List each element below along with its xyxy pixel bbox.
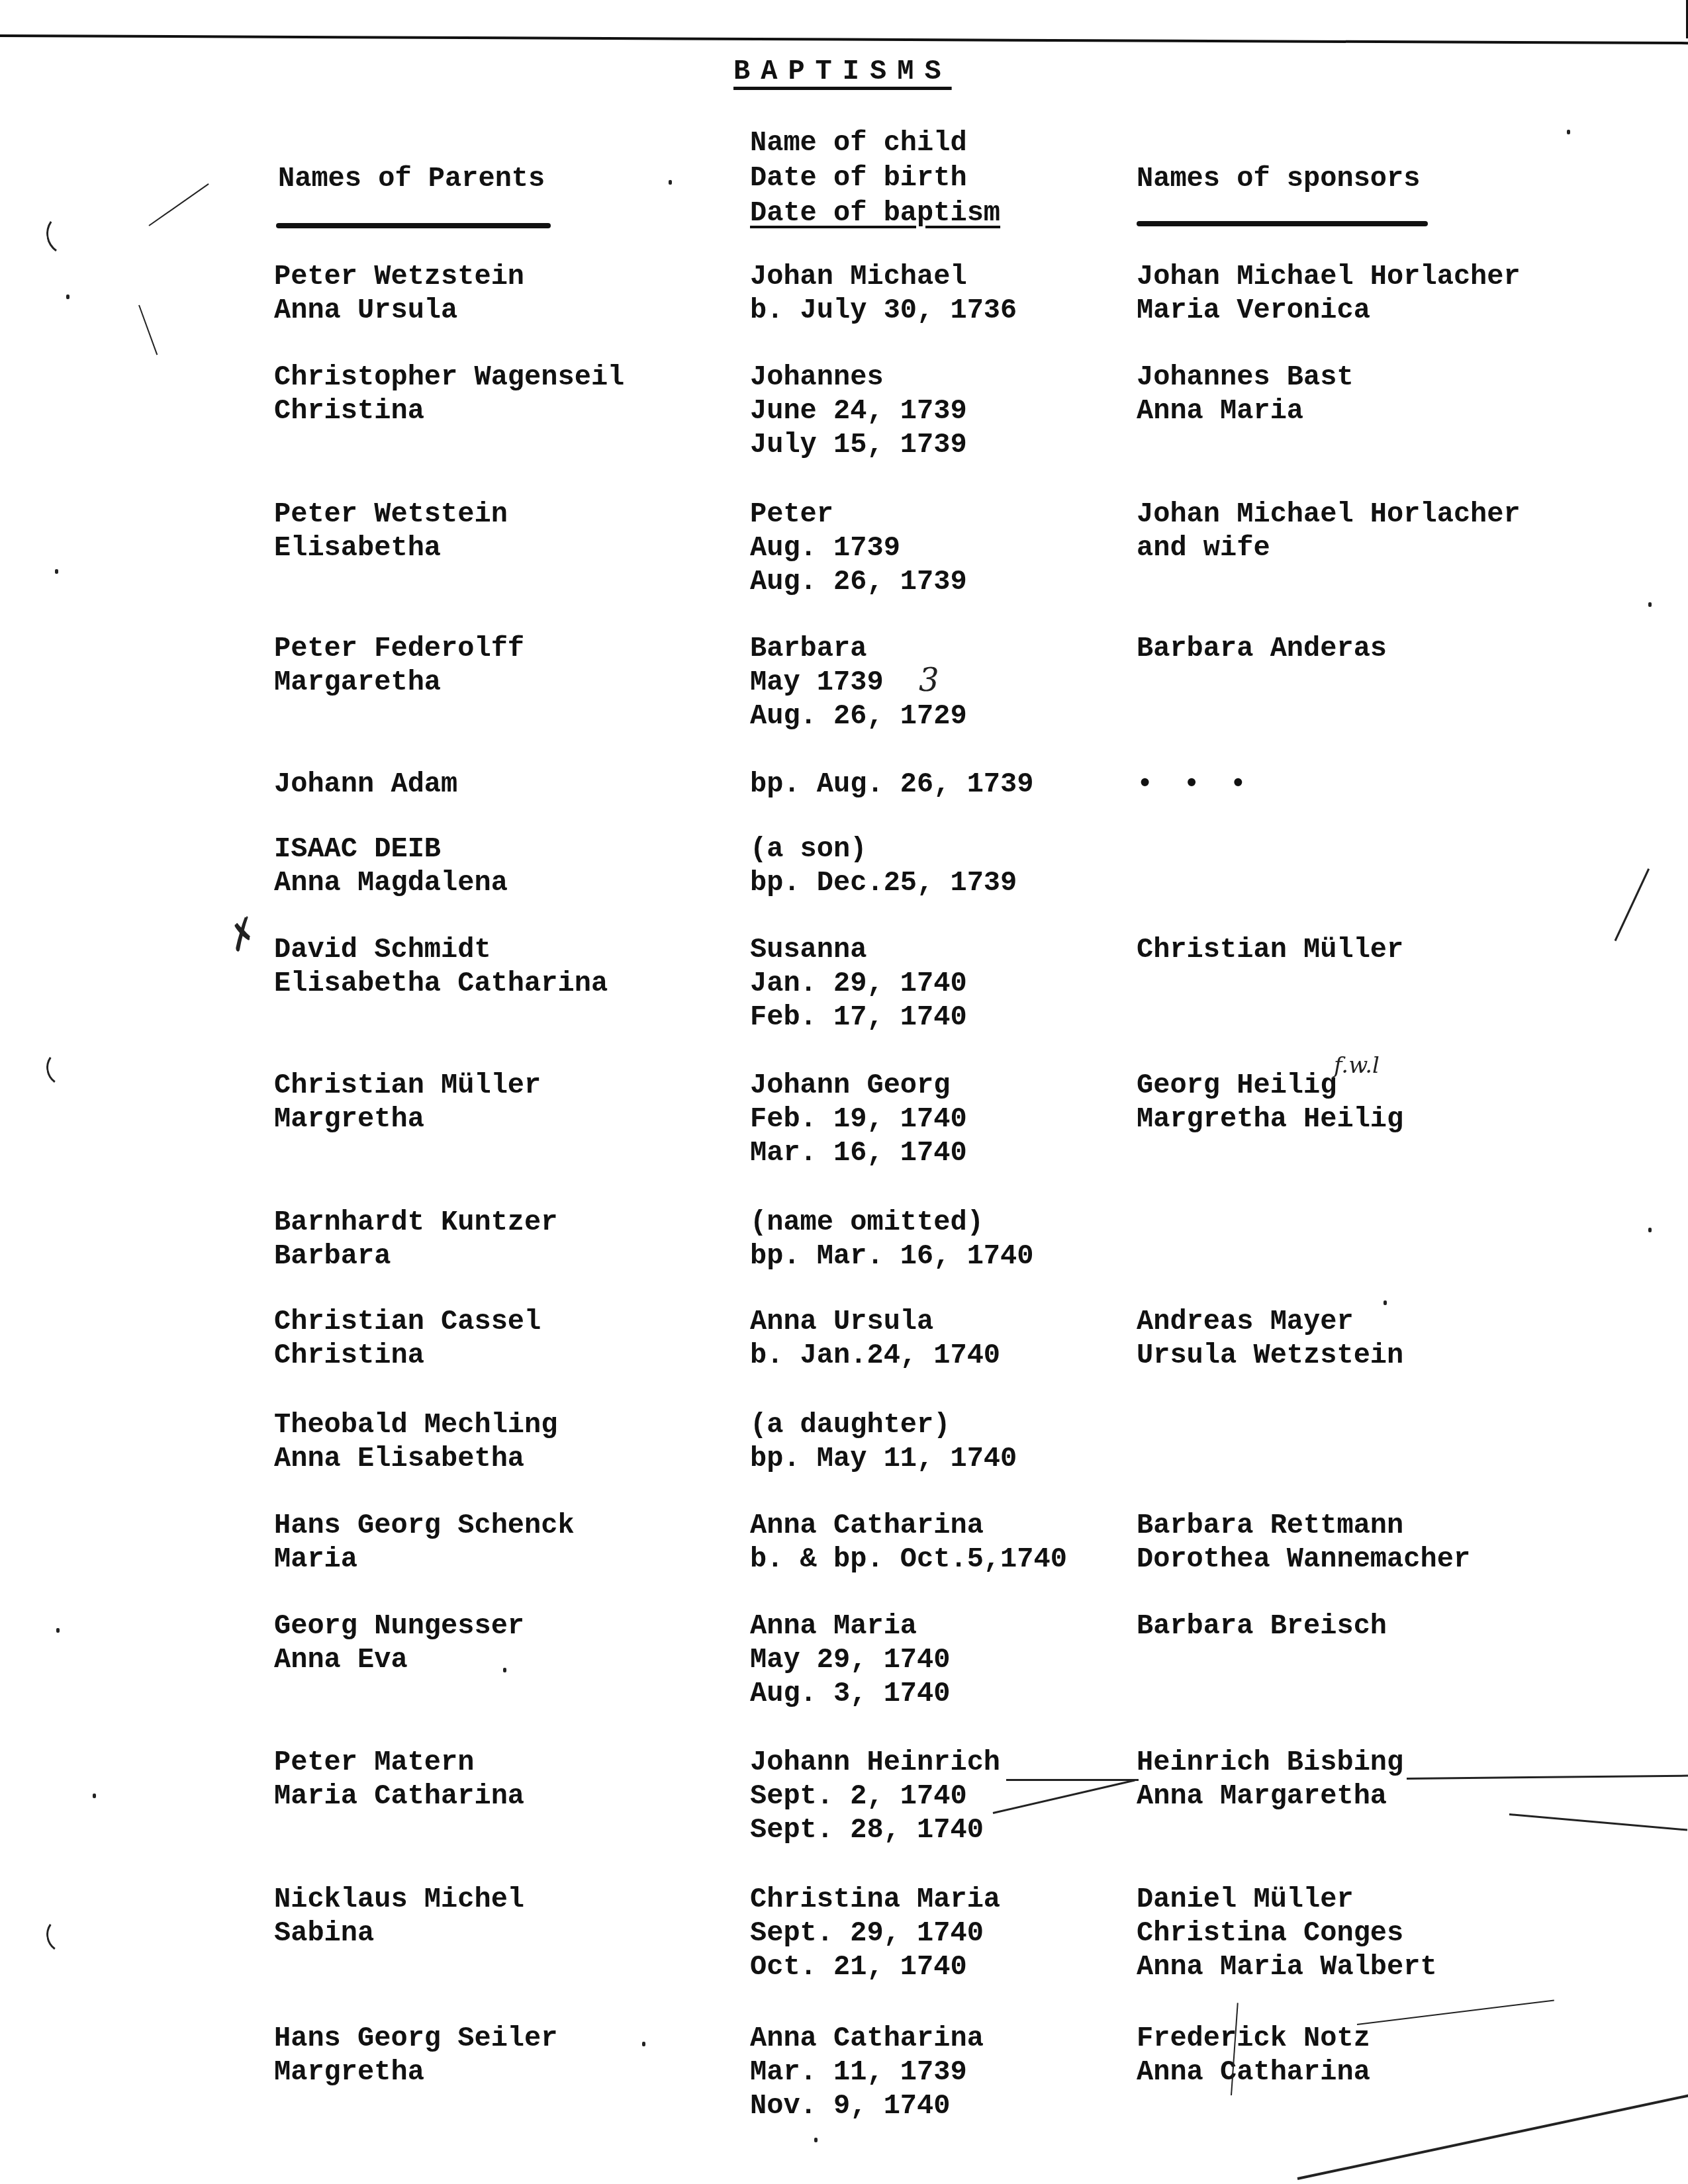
handwritten-correction-mark: 3: [919, 662, 939, 699]
parents-cell: Peter WetzsteinAnna Ursula: [274, 260, 524, 328]
sponsors-cell-line: Anna Maria Walbert: [1137, 1950, 1437, 1984]
child-cell-line: (a son): [750, 833, 1017, 866]
sponsors-cell: Johan Michael Horlacherand wife: [1137, 498, 1521, 565]
parents-cell-line: David Schmidt: [274, 933, 608, 967]
parents-cell: Peter MaternMaria Catharina: [274, 1746, 524, 1813]
child-cell-line: b. July 30, 1736: [750, 294, 1017, 328]
ink-speck: [503, 1668, 506, 1672]
sponsors-cell-line: Ursula Wetzstein: [1137, 1339, 1403, 1373]
sponsors-cell: • • •: [1137, 768, 1253, 801]
parents-cell-line: Christian Cassel: [274, 1305, 541, 1339]
parents-cell: David SchmidtElisabetha Catharina: [274, 933, 608, 1001]
ink-speck: [642, 2042, 645, 2046]
page-title: BAPTISMS: [733, 56, 952, 87]
child-cell-line: Sept. 29, 1740: [750, 1917, 1000, 1950]
child-cell-line: Mar. 16, 1740: [750, 1136, 967, 1170]
parents-cell-line: Anna Eva: [274, 1643, 524, 1677]
parents-cell: Christopher WagenseilChristina: [274, 361, 624, 428]
child-cell: (name omitted)bp. Mar. 16, 1740: [750, 1206, 1033, 1273]
sponsors-cell-line: Dorothea Wannemacher: [1137, 1543, 1470, 1576]
margin-cross-mark: ✗: [216, 911, 263, 962]
column-header-child: Name of child Date of birth Date of bapt…: [750, 126, 1000, 231]
child-cell-line: (a daughter): [750, 1408, 1017, 1442]
scan-artifact: [44, 1046, 87, 1089]
parents-cell-line: Maria Catharina: [274, 1780, 524, 1813]
child-cell-line: July 15, 1739: [750, 428, 967, 462]
child-cell-line: Johannes: [750, 361, 967, 394]
sponsors-cell-line: Daniel Müller: [1137, 1883, 1437, 1917]
sponsors-cell: Daniel MüllerChristina CongesAnna Maria …: [1137, 1883, 1437, 1984]
ink-speck: [66, 295, 70, 299]
child-cell-line: Aug. 26, 1729: [750, 700, 967, 733]
parents-cell-line: Peter Wetzstein: [274, 260, 524, 294]
child-cell: (a son)bp. Dec.25, 1739: [750, 833, 1017, 900]
header-rule-parents: [276, 223, 551, 228]
child-cell-line: Johann Heinrich: [750, 1746, 1000, 1780]
parents-cell-line: Margretha: [274, 1103, 541, 1136]
column-header-sponsors: Names of sponsors: [1137, 161, 1420, 197]
parents-cell-line: Barnhardt Kuntzer: [274, 1206, 557, 1240]
child-cell-line: June 24, 1739: [750, 394, 967, 428]
header-line-name-of-child: Name of child: [750, 126, 1000, 161]
sponsors-cell: Barbara RettmannDorothea Wannemacher: [1137, 1509, 1470, 1576]
parents-cell: Hans Georg SchenckMaria: [274, 1509, 575, 1576]
child-cell-line: Peter: [750, 498, 967, 531]
parents-cell: Christian CasselChristina: [274, 1305, 541, 1373]
sponsors-cell-line: Anna Maria: [1137, 394, 1354, 428]
child-cell-line: bp. Aug. 26, 1739: [750, 768, 1033, 801]
child-cell: Anna CatharinaMar. 11, 1739Nov. 9, 1740: [750, 2022, 984, 2123]
sponsors-cell-line: and wife: [1137, 531, 1521, 565]
sponsors-cell-line: Johan Michael Horlacher: [1137, 260, 1521, 294]
parents-cell-line: Georg Nungesser: [274, 1610, 524, 1643]
parents-cell-line: Peter Matern: [274, 1746, 524, 1780]
parents-cell-line: Barbara: [274, 1240, 557, 1273]
parents-cell: Georg NungesserAnna Eva: [274, 1610, 524, 1677]
child-cell-line: Mar. 11, 1739: [750, 2056, 984, 2089]
sponsors-cell-line: Johan Michael Horlacher: [1137, 498, 1521, 531]
connector-stroke: [1006, 1779, 1139, 1781]
parents-cell-line: Christopher Wagenseil: [274, 361, 624, 394]
sponsors-cell: Christian Müller: [1137, 933, 1403, 967]
child-cell-line: b. & bp. Oct.5,1740: [750, 1543, 1067, 1576]
child-cell-line: Anna Maria: [750, 1610, 950, 1643]
parents-cell-line: Peter Wetstein: [274, 498, 508, 531]
header-line-date-of-birth: Date of birth: [750, 161, 1000, 196]
child-cell-line: Feb. 19, 1740: [750, 1103, 967, 1136]
child-cell: Anna Catharinab. & bp. Oct.5,1740: [750, 1509, 1067, 1576]
child-cell-line: Anna Ursula: [750, 1305, 1000, 1339]
parents-cell: Hans Georg SeilerMargretha: [274, 2022, 557, 2089]
ink-speck: [669, 180, 672, 185]
sponsors-cell-line: Johannes Bast: [1137, 361, 1354, 394]
parents-cell-line: Peter Federolff: [274, 632, 524, 666]
child-cell: Anna MariaMay 29, 1740Aug. 3, 1740: [750, 1610, 950, 1711]
pen-stroke: [1357, 1999, 1554, 2025]
parents-cell-line: Anna Elisabetha: [274, 1442, 557, 1476]
sponsors-cell-line: Barbara Anderas: [1137, 632, 1387, 666]
parents-cell-line: Nicklaus Michel: [274, 1883, 524, 1917]
sponsors-cell: Barbara Anderas: [1137, 632, 1387, 666]
parents-cell-line: Elisabetha: [274, 531, 508, 565]
pen-stroke: [1509, 1813, 1687, 1831]
parents-cell: Peter WetsteinElisabetha: [274, 498, 508, 565]
child-cell-line: Feb. 17, 1740: [750, 1001, 967, 1034]
parents-cell-line: Sabina: [274, 1917, 524, 1950]
ink-speck: [1648, 602, 1652, 607]
sponsors-cell-line: Maria Veronica: [1137, 294, 1521, 328]
sponsors-cell: Johannes BastAnna Maria: [1137, 361, 1354, 428]
parents-cell-line: Hans Georg Seiler: [274, 2022, 557, 2056]
pen-stroke: [1615, 868, 1650, 941]
sponsors-cell-line: Frederick Notz: [1137, 2022, 1370, 2056]
sponsors-cell: Georg HeiligMargretha Heilig: [1137, 1069, 1403, 1136]
scan-artifact: [148, 183, 209, 226]
child-cell-line: Aug. 1739: [750, 531, 967, 565]
sponsors-cell-line: Margretha Heilig: [1137, 1103, 1403, 1136]
parents-cell-line: Maria: [274, 1543, 575, 1576]
sponsors-cell-line: Anna Catharina: [1137, 2056, 1370, 2089]
sponsors-cell-line: Anna Margaretha: [1137, 1780, 1403, 1813]
child-cell-line: bp. Mar. 16, 1740: [750, 1240, 1033, 1273]
child-cell-line: Susanna: [750, 933, 967, 967]
child-cell-line: bp. May 11, 1740: [750, 1442, 1017, 1476]
sponsors-cell: Andreas MayerUrsula Wetzstein: [1137, 1305, 1403, 1373]
parents-cell-line: Anna Magdalena: [274, 866, 508, 900]
child-cell-line: Jan. 29, 1740: [750, 967, 967, 1001]
parents-cell: Barnhardt KuntzerBarbara: [274, 1206, 557, 1273]
header-rule-sponsors: [1137, 221, 1428, 226]
parents-cell-line: Elisabetha Catharina: [274, 967, 608, 1001]
parents-cell-line: Hans Georg Schenck: [274, 1509, 575, 1543]
parents-cell-line: Christina: [274, 1339, 541, 1373]
sponsors-cell-line: • • •: [1137, 768, 1253, 801]
parents-cell: Christian MüllerMargretha: [274, 1069, 541, 1136]
child-cell-line: Nov. 9, 1740: [750, 2089, 984, 2123]
child-cell-line: Sept. 2, 1740: [750, 1780, 1000, 1813]
child-cell-line: Anna Catharina: [750, 1509, 1067, 1543]
child-cell-line: bp. Dec.25, 1739: [750, 866, 1017, 900]
child-cell: Johann GeorgFeb. 19, 1740Mar. 16, 1740: [750, 1069, 967, 1170]
child-cell-line: Aug. 26, 1739: [750, 565, 967, 599]
parents-cell-line: Margaretha: [274, 666, 524, 700]
ink-speck: [1648, 1228, 1652, 1232]
parents-cell-line: ISAAC DEIB: [274, 833, 508, 866]
page-top-border: [0, 34, 1688, 44]
parents-cell: Peter FederolffMargaretha: [274, 632, 524, 700]
scan-artifact: [44, 1913, 87, 1956]
parents-cell: Nicklaus MichelSabina: [274, 1883, 524, 1950]
connector-stroke: [993, 1780, 1135, 1814]
scan-artifact: [138, 305, 158, 355]
child-cell: JohannesJune 24, 1739July 15, 1739: [750, 361, 967, 462]
child-cell: (a daughter)bp. May 11, 1740: [750, 1408, 1017, 1476]
child-cell-line: Oct. 21, 1740: [750, 1950, 1000, 1984]
child-cell: Johann HeinrichSept. 2, 1740Sept. 28, 17…: [750, 1746, 1000, 1847]
scan-artifact: [43, 208, 93, 259]
sponsors-cell-line: Barbara Breisch: [1137, 1610, 1387, 1643]
header-line-date-of-baptism: Date of baptism: [750, 196, 1000, 231]
child-cell-line: May 29, 1740: [750, 1643, 950, 1677]
sponsors-cell-line: Christian Müller: [1137, 933, 1403, 967]
sponsors-cell: Barbara Breisch: [1137, 1610, 1387, 1643]
child-cell-line: Sept. 28, 1740: [750, 1813, 1000, 1847]
handwritten-note: f.w.l: [1334, 1052, 1380, 1079]
sponsors-cell-line: Barbara Rettmann: [1137, 1509, 1470, 1543]
ink-speck: [1383, 1300, 1387, 1305]
child-cell: PeterAug. 1739Aug. 26, 1739: [750, 498, 967, 599]
sponsors-cell-line: Christina Conges: [1137, 1917, 1437, 1950]
column-header-parents: Names of Parents: [278, 161, 545, 197]
child-cell-line: Christina Maria: [750, 1883, 1000, 1917]
ink-speck: [93, 1794, 96, 1798]
child-cell-line: Aug. 3, 1740: [750, 1677, 950, 1711]
child-cell-line: Barbara: [750, 632, 967, 666]
sponsors-cell-line: Andreas Mayer: [1137, 1305, 1403, 1339]
sponsors-cell: Heinrich BisbingAnna Margaretha: [1137, 1746, 1403, 1813]
parents-cell-line: Christian Müller: [274, 1069, 541, 1103]
child-cell: bp. Aug. 26, 1739: [750, 768, 1033, 801]
child-cell-line: Anna Catharina: [750, 2022, 984, 2056]
ink-speck: [56, 1628, 60, 1633]
parents-cell-line: Theobald Mechling: [274, 1408, 557, 1442]
ink-speck: [1567, 130, 1570, 134]
ink-speck: [55, 569, 58, 574]
pen-stroke: [1297, 2092, 1688, 2180]
ink-speck: [814, 2138, 818, 2142]
child-cell: Anna Ursulab. Jan.24, 1740: [750, 1305, 1000, 1373]
parents-cell-line: Christina: [274, 394, 624, 428]
parents-cell-line: Anna Ursula: [274, 294, 524, 328]
parents-cell-line: Margretha: [274, 2056, 557, 2089]
sponsors-cell: Frederick NotzAnna Catharina: [1137, 2022, 1370, 2089]
sponsors-cell-line: Heinrich Bisbing: [1137, 1746, 1403, 1780]
parents-cell: Theobald MechlingAnna Elisabetha: [274, 1408, 557, 1476]
child-cell-line: Johann Georg: [750, 1069, 967, 1103]
pen-stroke: [1407, 1775, 1688, 1780]
child-cell-line: Johan Michael: [750, 260, 1017, 294]
child-cell: Johan Michaelb. July 30, 1736: [750, 260, 1017, 328]
child-cell: Christina MariaSept. 29, 1740Oct. 21, 17…: [750, 1883, 1000, 1984]
child-cell-line: (name omitted): [750, 1206, 1033, 1240]
parents-cell: ISAAC DEIBAnna Magdalena: [274, 833, 508, 900]
parents-cell-line: Johann Adam: [274, 768, 457, 801]
child-cell-line: b. Jan.24, 1740: [750, 1339, 1000, 1373]
child-cell: SusannaJan. 29, 1740Feb. 17, 1740: [750, 933, 967, 1034]
sponsors-cell: Johan Michael HorlacherMaria Veronica: [1137, 260, 1521, 328]
parents-cell: Johann Adam: [274, 768, 457, 801]
